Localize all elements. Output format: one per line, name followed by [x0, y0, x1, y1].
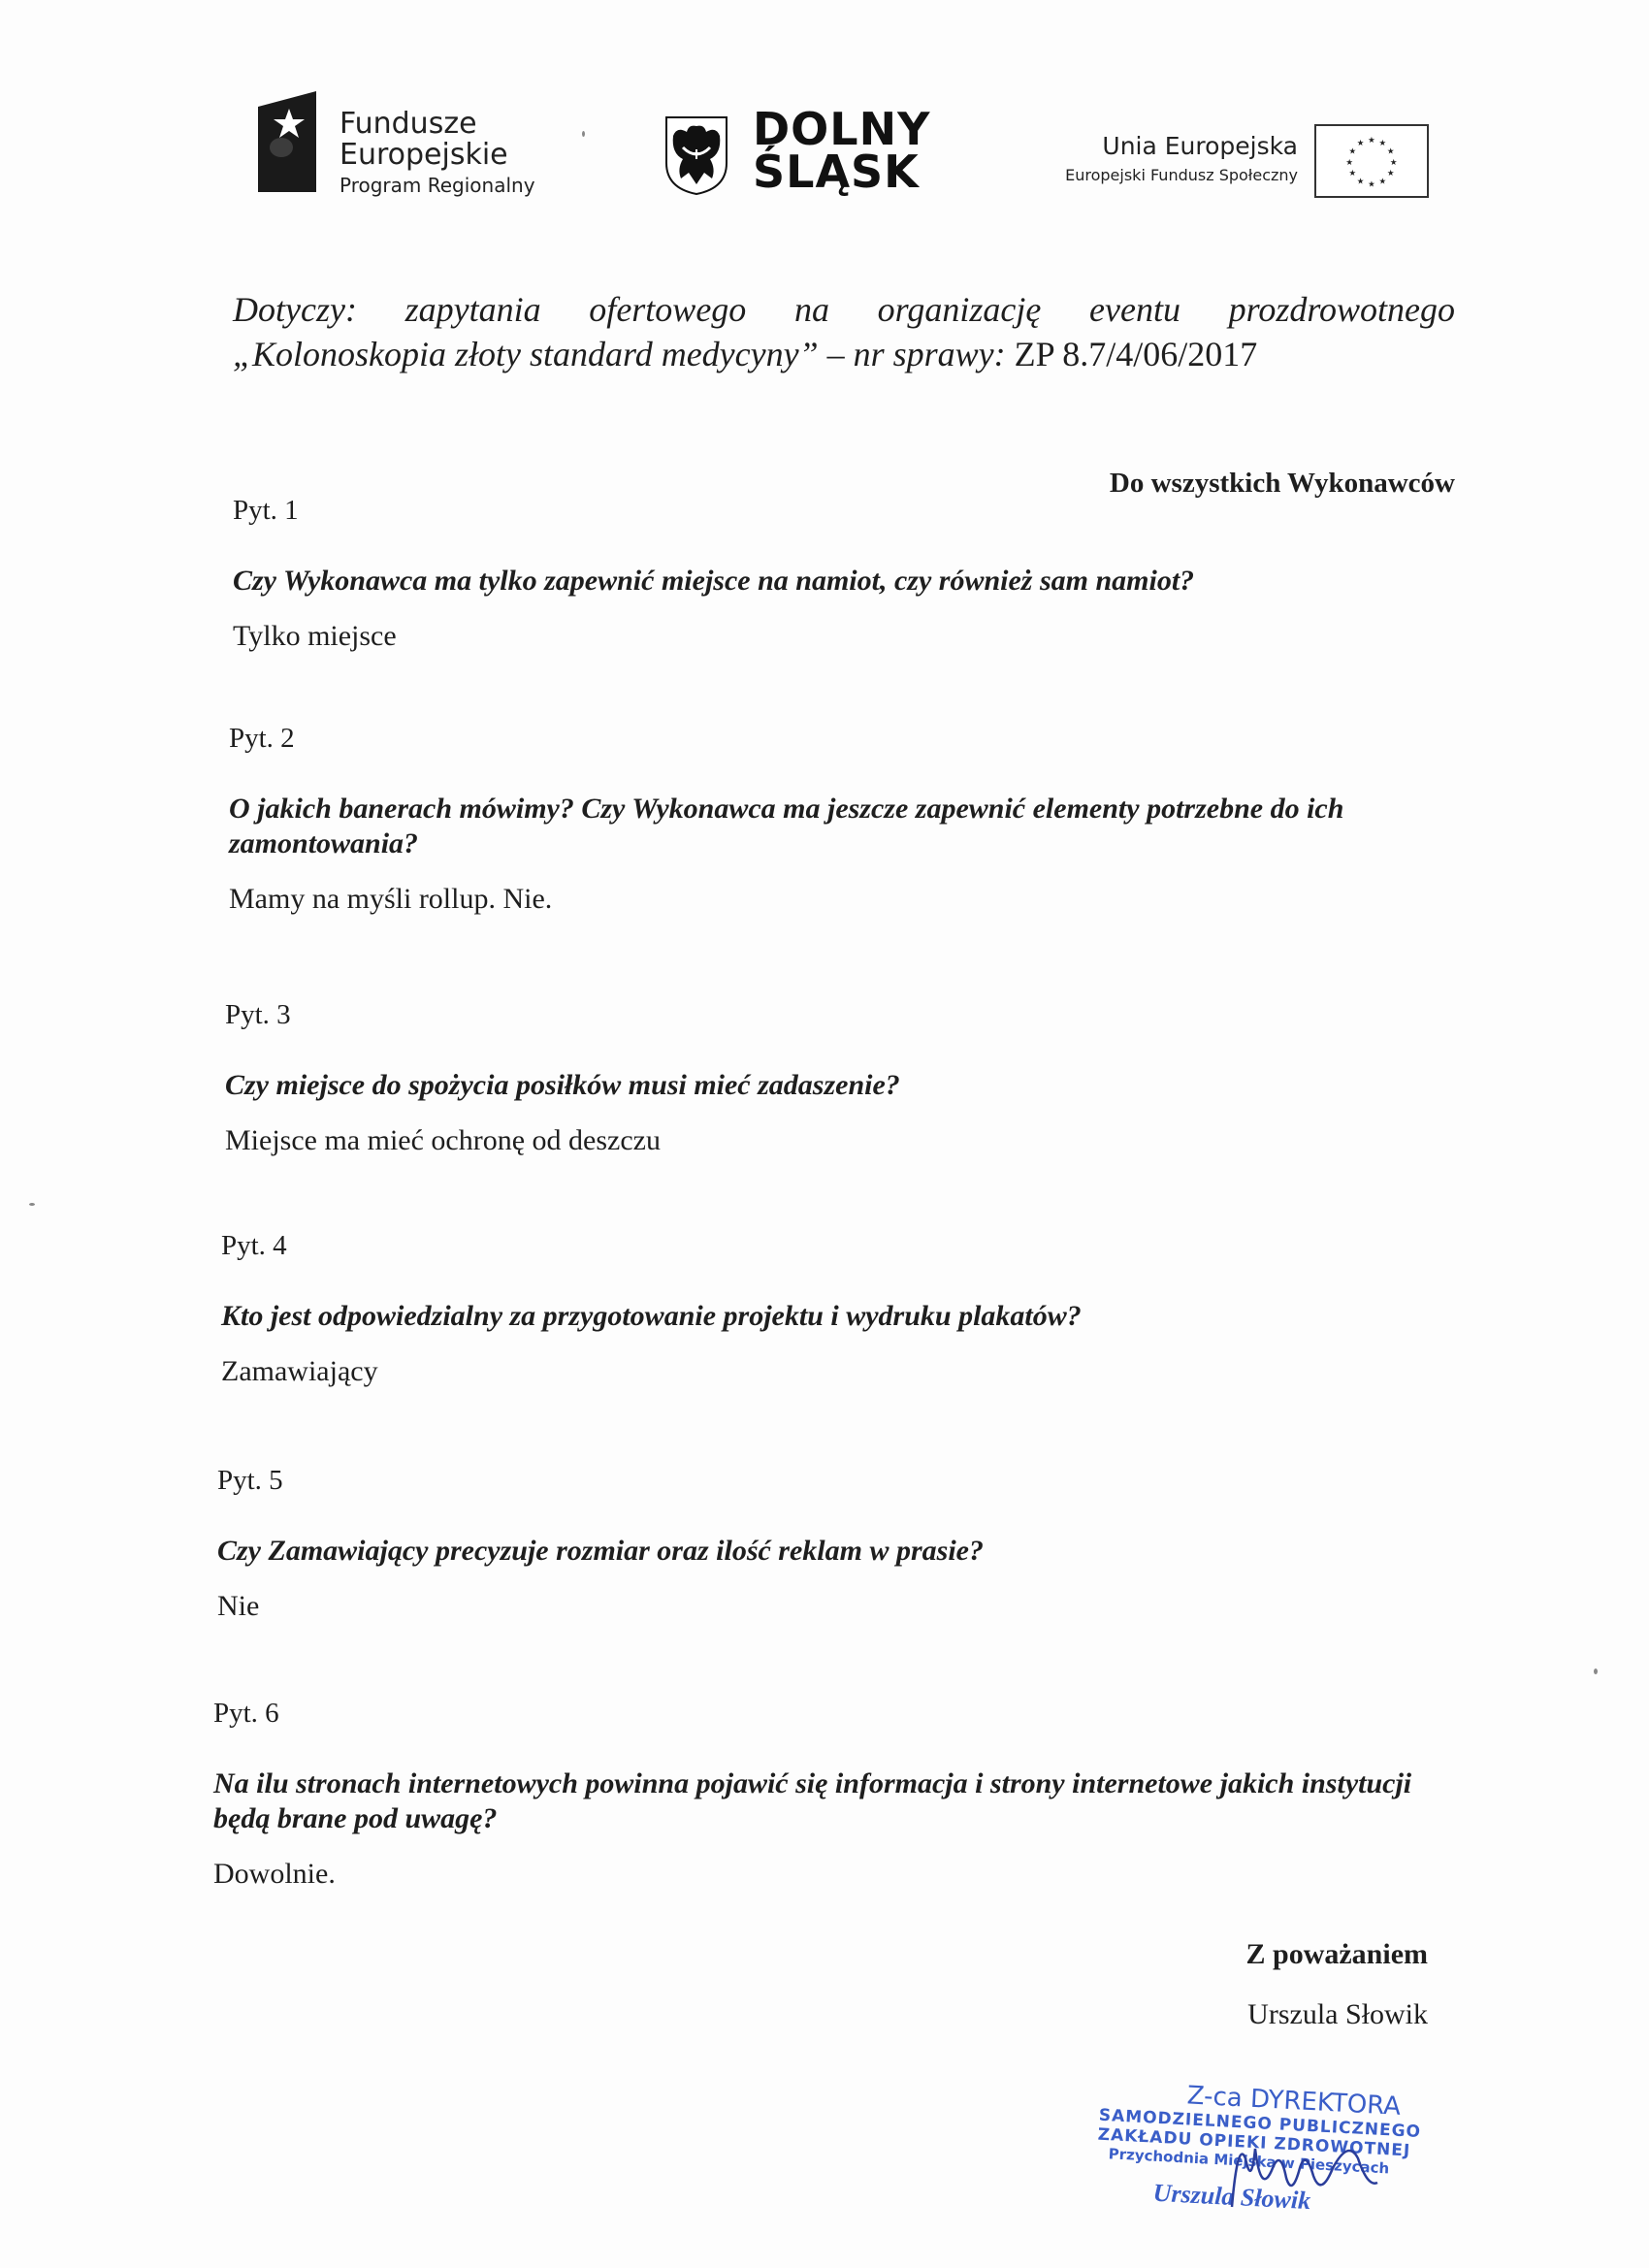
svg-text:★: ★: [1357, 176, 1365, 185]
question-text: Czy Wykonawca ma tylko zapewnić miejsce …: [233, 564, 1455, 599]
question-label: Pyt. 2: [229, 723, 1649, 755]
question-label: Pyt. 1: [233, 495, 1649, 527]
question-block: Pyt. 4Kto jest odpowiedzialny za przygot…: [221, 1230, 1649, 1388]
question-label: Pyt. 4: [221, 1230, 1649, 1262]
answer-text: Miejsce ma mieć ochronę od deszczu: [225, 1124, 1649, 1157]
svg-text:★: ★: [1348, 146, 1356, 155]
eu-logo-text: Unia Europejska Europejski Fundusz Społe…: [1065, 132, 1298, 184]
question-block: Pyt. 2O jakich banerach mówimy? Czy Wyko…: [229, 723, 1649, 916]
svg-text:★: ★: [1387, 146, 1395, 155]
question-text: Na ilu stronach internetowych powinna po…: [213, 1766, 1436, 1836]
answer-text: Dowolnie.: [213, 1858, 1649, 1891]
case-number: ZP 8.7/4/06/2017: [1015, 335, 1258, 373]
fe-logo-line1: Fundusze: [339, 109, 535, 140]
question-block: Pyt. 6Na ilu stronach internetowych powi…: [213, 1698, 1649, 1891]
handwritten-signature-icon: [1212, 2129, 1387, 2217]
svg-text:★: ★: [1379, 138, 1387, 147]
fundusze-europejskie-logo-text: Fundusze Europejskie Program Regionalny: [339, 109, 535, 196]
answer-text: Zamawiający: [221, 1355, 1649, 1388]
fe-logo-line2: Europejskie: [339, 140, 535, 171]
silesian-eagle-shield-icon: [663, 114, 729, 196]
question-label: Pyt. 6: [213, 1698, 1649, 1730]
subject-line1: Dotyczy: zapytania ofertowego na organiz…: [233, 287, 1455, 332]
answer-text: Tylko miejsce: [233, 620, 1649, 653]
svg-text:★: ★: [1390, 157, 1398, 167]
subject: Dotyczy: zapytania ofertowego na organiz…: [233, 287, 1455, 376]
closing: Z poważaniem: [1246, 1938, 1429, 1971]
signer-name: Urszula Słowik: [1247, 1998, 1428, 2031]
question-label: Pyt. 3: [225, 999, 1649, 1031]
svg-text:★: ★: [1345, 157, 1353, 167]
answer-text: Mamy na myśli rollup. Nie.: [229, 883, 1649, 916]
subject-line2-text: „Kolonoskopia złoty standard medycyny” –…: [233, 335, 1015, 373]
question-label: Pyt. 5: [217, 1465, 1649, 1497]
svg-text:★: ★: [1368, 135, 1375, 145]
question-text: Czy Zamawiający precyzuje rozmiar oraz i…: [217, 1534, 1439, 1569]
svg-text:★: ★: [1379, 176, 1387, 185]
svg-text:★: ★: [1387, 168, 1395, 178]
question-text: O jakich banerach mówimy? Czy Wykonawca …: [229, 792, 1451, 861]
scan-speck: [1594, 1669, 1598, 1674]
fundusze-europejskie-star-icon: [254, 87, 320, 196]
fe-logo-line3: Program Regionalny: [339, 176, 535, 196]
question-block: Pyt. 1Czy Wykonawca ma tylko zapewnić mi…: [233, 495, 1649, 653]
question-block: Pyt. 5Czy Zamawiający precyzuje rozmiar …: [217, 1465, 1649, 1623]
svg-text:★: ★: [1348, 168, 1356, 178]
answer-text: Nie: [217, 1590, 1649, 1623]
svg-text:★: ★: [1357, 138, 1365, 147]
dolny-slask-logo-text: DOLNY ŚLĄSK: [753, 109, 930, 193]
subject-line2: „Kolonoskopia złoty standard medycyny” –…: [233, 332, 1455, 376]
svg-text:★: ★: [1368, 179, 1375, 189]
question-text: Kto jest odpowiedzialny za przygotowanie…: [221, 1299, 1443, 1334]
question-text: Czy miejsce do spożycia posiłków musi mi…: [225, 1068, 1447, 1103]
question-block: Pyt. 3Czy miejsce do spożycia posiłków m…: [225, 999, 1649, 1157]
eu-logo-line2: Europejski Fundusz Społeczny: [1065, 166, 1298, 184]
eu-logo-line1: Unia Europejska: [1065, 132, 1298, 160]
scan-speck: [582, 131, 585, 137]
eu-flag-icon: ★★★★★★★★★★★★: [1314, 124, 1429, 198]
ds-logo-line2: ŚLĄSK: [753, 151, 930, 194]
scan-speck: [29, 1203, 35, 1206]
